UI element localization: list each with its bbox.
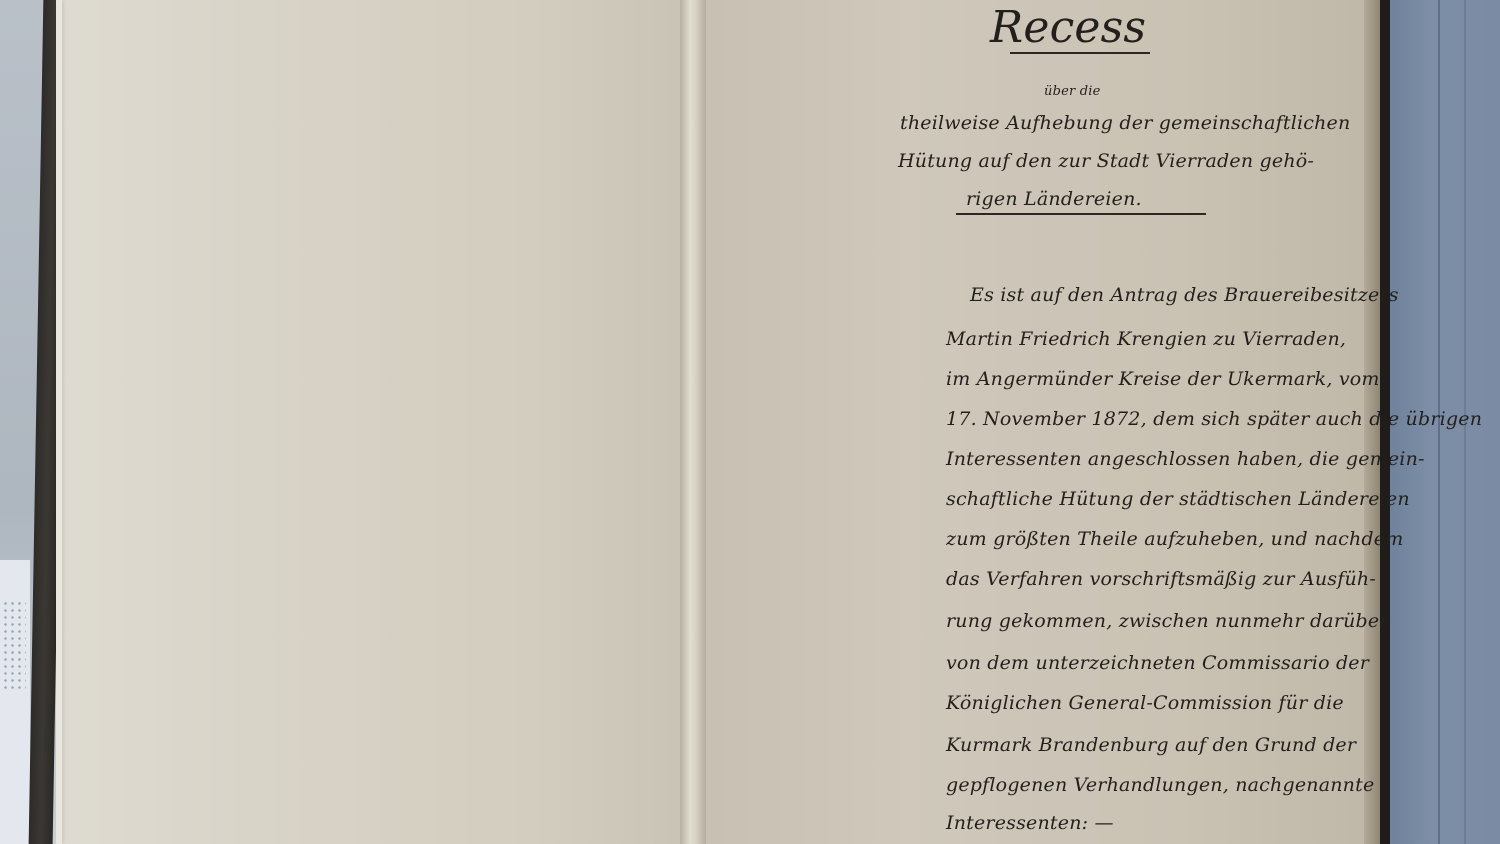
body-line: im Angermünder Kreise der Ukermark, vom (946, 368, 1380, 390)
body-line: gepflogenen Verhandlungen, nachgenannte (946, 774, 1374, 796)
body-line: von dem unterzeichneten Commissario der (946, 652, 1369, 674)
body-line: das Verfahren vorschriftsmäßig zur Ausfü… (946, 568, 1376, 590)
body-line: Interessenten angeschlossen haben, die g… (946, 448, 1425, 470)
body-line: schaftliche Hütung der städtischen Lände… (946, 488, 1410, 510)
calendar-grid (2, 600, 26, 690)
body-line: Interessenten: — (946, 812, 1114, 834)
body-line: Kurmark Brandenburg auf den Grund der (946, 734, 1356, 756)
heading-underline (956, 213, 1206, 215)
heading-line: theilweise Aufhebung der gemeinschaftlic… (900, 112, 1350, 134)
body-line: rung gekommen, zwischen nunmehr darüber (946, 610, 1389, 632)
left-page (56, 0, 692, 844)
body-line: Es ist auf den Antrag des Brauereibesitz… (970, 284, 1399, 306)
body-line: Königlichen General-Commission für die (946, 692, 1344, 714)
title-underline (1010, 52, 1150, 54)
heading-line: Hütung auf den zur Stadt Vierraden gehö- (898, 150, 1314, 172)
heading-line: rigen Ländereien. (966, 188, 1142, 210)
document-subtitle: über die (1044, 84, 1101, 99)
body-line: Martin Friedrich Krengien zu Vierraden, (946, 328, 1346, 350)
left-page-edge (56, 0, 62, 844)
document-title: Recess (990, 2, 1146, 53)
body-line: zum größten Theile aufzuheben, und nachd… (946, 528, 1403, 550)
book-gutter (680, 0, 706, 844)
body-line: 17. November 1872, dem sich später auch … (946, 408, 1482, 430)
